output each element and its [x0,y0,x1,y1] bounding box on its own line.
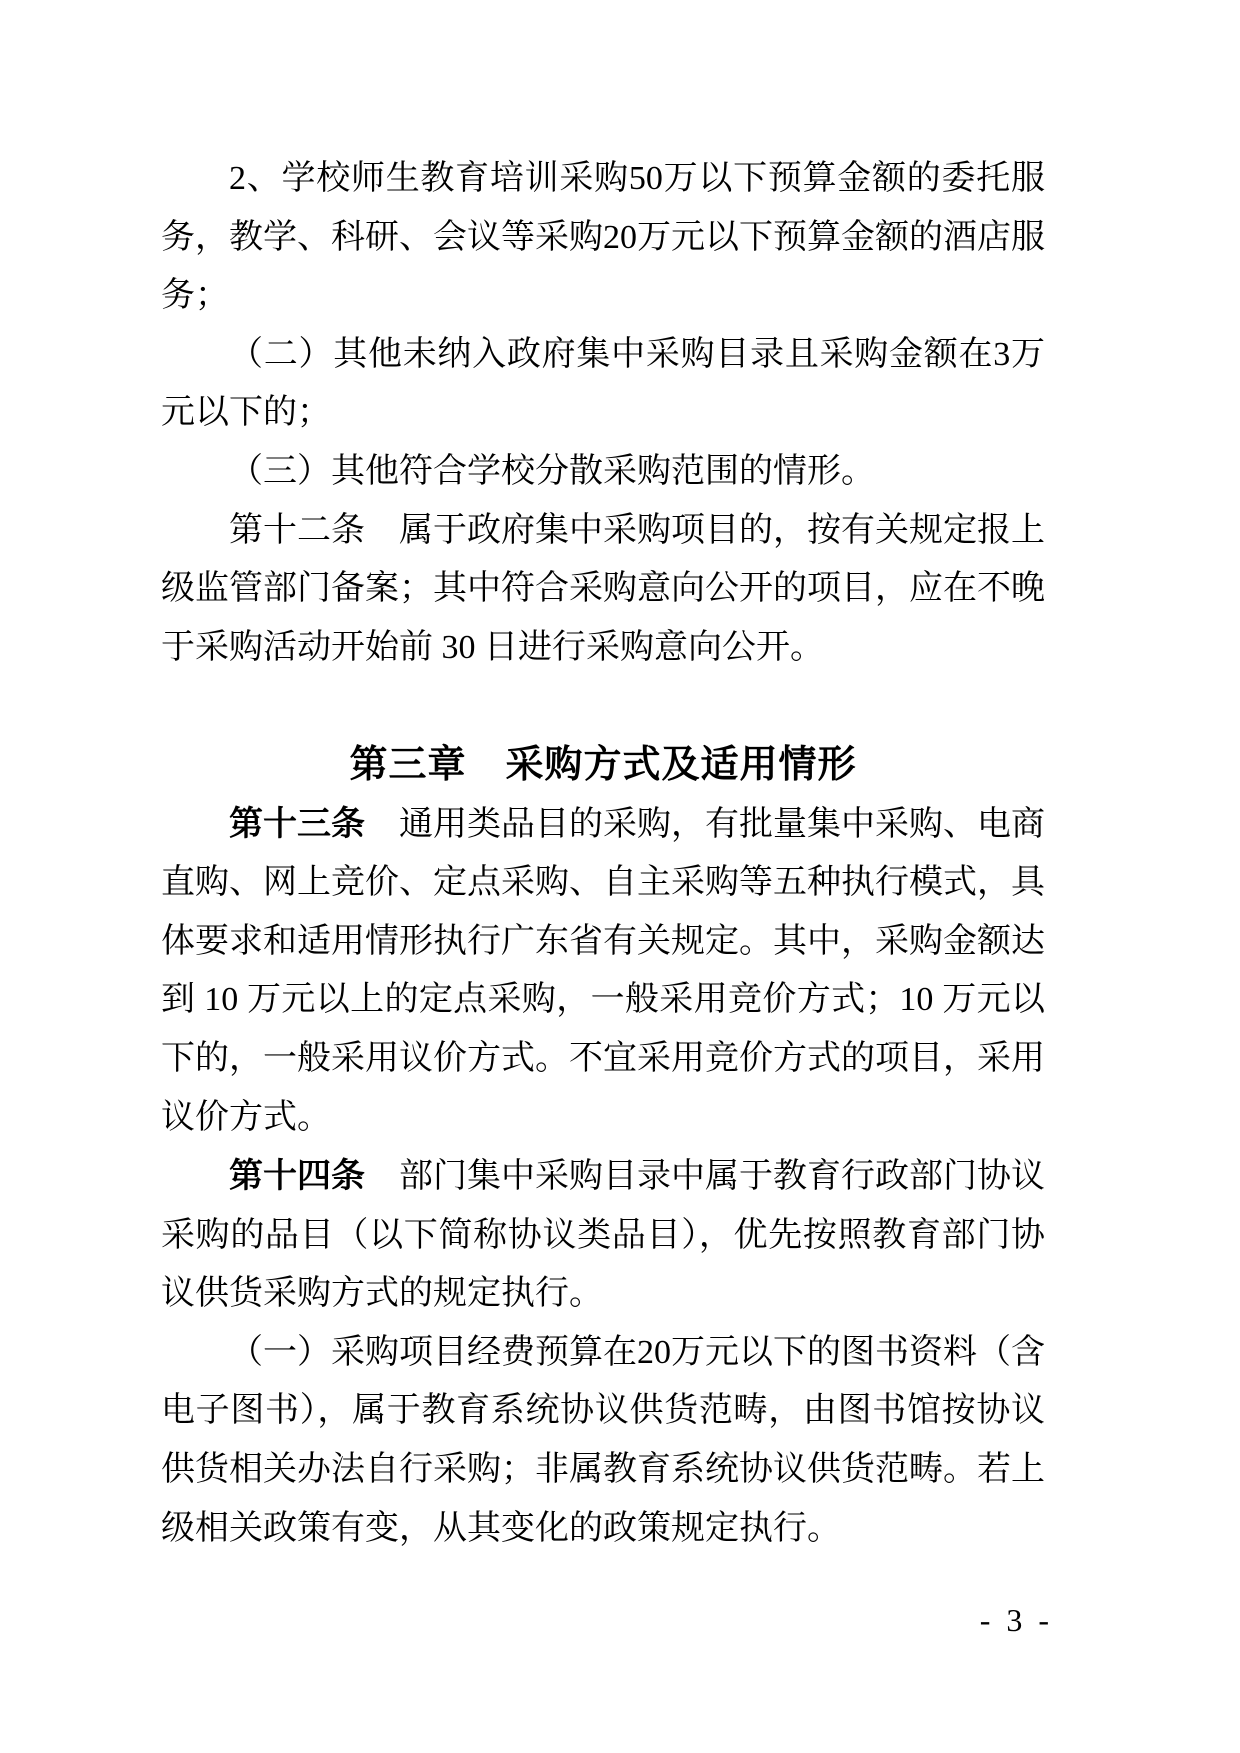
text-line: 级相关政策有变，从其变化的政策规定执行。 [161,1500,1045,1559]
text-line: 务，教学、科研、会议等采购20万元以下预算金额的酒店服 [161,209,1045,268]
line-text: 下的，一般采用议价方式。不宜采用竞价方式的项目，采用 [161,1040,1045,1077]
text-line: 到 10 万元以上的定点采购，一般采用竞价方式；10 万元以 [161,971,1045,1030]
text-line: 级监管部门备案；其中符合采购意向公开的项目，应在不晚 [161,560,1045,619]
text-line: 议价方式。 [161,1089,1045,1148]
text-line: 供货相关办法自行采购；非属教育系统协议供货范畴。若上 [161,1441,1045,1500]
line-text: 务； [161,277,229,314]
text-line: 第十四条 部门集中采购目录中属于教育行政部门协议 [161,1147,1045,1207]
text-line: 元以下的； [161,384,1045,443]
blank-line [161,677,1045,736]
text-line: 采购的品目（以下简称协议类品目），优先按照教育部门协 [161,1207,1045,1266]
text-line: 2、学校师生教育培训采购50万以下预算金额的委托服 [161,150,1045,209]
text-line: 第十三条 通用类品目的采购，有批量集中采购、电商 [161,795,1045,855]
text-line: 电子图书），属于教育系统协议供货范畴，由图书馆按协议 [161,1382,1045,1441]
line-text: 第十二条 属于政府集中采购项目的，按有关规定报上 [229,512,1045,549]
text-line: 议供货采购方式的规定执行。 [161,1265,1045,1324]
line-text: 体要求和适用情形执行广东省有关规定。其中，采购金额达 [161,923,1045,960]
text-line: 体要求和适用情形执行广东省有关规定。其中，采购金额达 [161,913,1045,972]
line-text: 议价方式。 [161,1099,331,1136]
text-line: 直购、网上竞价、定点采购、自主采购等五种执行模式，具 [161,854,1045,913]
line-text: 2、学校师生教育培训采购50万以下预算金额的委托服 [229,160,1045,197]
text-line: （一）采购项目经费预算在20万元以下的图书资料（含 [161,1324,1045,1383]
line-text: 采购的品目（以下简称协议类品目），优先按照教育部门协 [161,1217,1045,1254]
article-number: 第十三条 [229,805,365,843]
text-line: （三）其他符合学校分散采购范围的情形。 [161,443,1045,502]
line-text: 部门集中采购目录中属于教育行政部门协议 [365,1158,1045,1195]
line-text: （二）其他未纳入政府集中采购目录且采购金额在3万 [229,336,1045,373]
document-body: 2、学校师生教育培训采购50万以下预算金额的委托服务，教学、科研、会议等采购20… [161,150,1045,1558]
line-text: 级监管部门备案；其中符合采购意向公开的项目，应在不晚 [161,570,1045,607]
line-text: 议供货采购方式的规定执行。 [161,1275,603,1312]
line-text: 直购、网上竞价、定点采购、自主采购等五种执行模式，具 [161,864,1045,901]
line-text: 元以下的； [161,394,331,431]
chapter-heading: 第三章 采购方式及适用情形 [161,736,1045,795]
text-line: 务； [161,267,1045,326]
article-number: 第十四条 [229,1157,365,1195]
text-line: （二）其他未纳入政府集中采购目录且采购金额在3万 [161,326,1045,385]
line-text: （一）采购项目经费预算在20万元以下的图书资料（含 [229,1334,1045,1371]
text-line: 下的，一般采用议价方式。不宜采用竞价方式的项目，采用 [161,1030,1045,1089]
line-text: 务，教学、科研、会议等采购20万元以下预算金额的酒店服 [161,219,1045,256]
document-page: 2、学校师生教育培训采购50万以下预算金额的委托服务，教学、科研、会议等采购20… [0,0,1240,1753]
line-text: 到 10 万元以上的定点采购，一般采用竞价方式；10 万元以 [161,981,1045,1018]
line-text: 于采购活动开始前 30 日进行采购意向公开。 [161,629,824,666]
text-line: 于采购活动开始前 30 日进行采购意向公开。 [161,619,1045,678]
text-line: 第十二条 属于政府集中采购项目的，按有关规定报上 [161,502,1045,561]
line-text: 供货相关办法自行采购；非属教育系统协议供货范畴。若上 [161,1451,1045,1488]
page-number: - 3 - [980,1602,1053,1639]
line-text: 电子图书），属于教育系统协议供货范畴，由图书馆按协议 [161,1392,1045,1429]
line-text: 级相关政策有变，从其变化的政策规定执行。 [161,1510,841,1547]
line-text: 通用类品目的采购，有批量集中采购、电商 [365,806,1045,843]
line-text: （三）其他符合学校分散采购范围的情形。 [229,453,875,490]
